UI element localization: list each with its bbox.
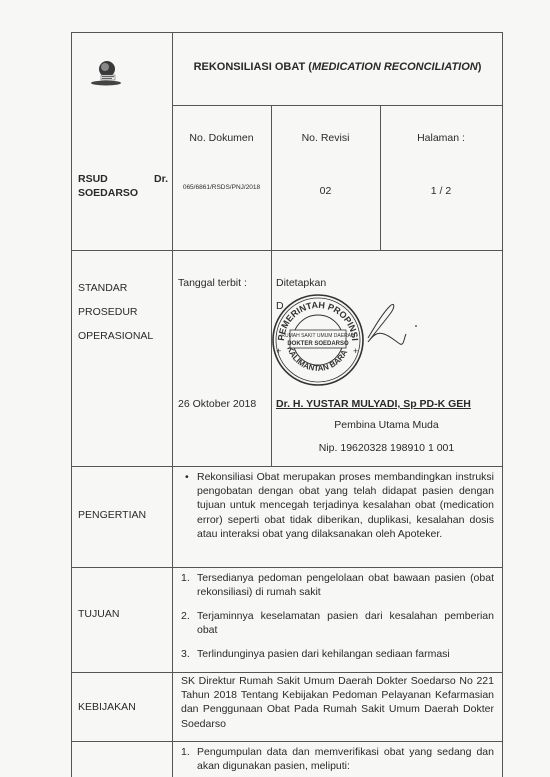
document-page: REKONSILIASI OBAT (MEDICATION RECONCILIA…	[0, 0, 550, 777]
doc-number-label: No. Dokumen	[172, 131, 271, 145]
table-border-top	[71, 32, 503, 33]
signer-name: Dr. H. YUSTAR MULYADI, Sp PD-K GEH	[276, 397, 471, 411]
pengertian-label: PENGERTIAN	[78, 508, 146, 522]
approved-label: Ditetapkan	[276, 276, 326, 290]
row-divider-pengertian	[71, 567, 503, 568]
svg-text:RUMAH SAKIT UMUM DAERAH: RUMAH SAKIT UMUM DAERAH	[281, 333, 355, 339]
revision-label: No. Revisi	[271, 131, 380, 145]
tujuan-label: TUJUAN	[78, 607, 119, 621]
signer-nip: Nip. 19620328 198910 1 001	[271, 441, 502, 455]
signature-icon	[360, 300, 420, 350]
doc-number-value: 065/6861/RSDS/PNJ/2018	[172, 184, 271, 193]
pengertian-item: • Rekonsiliasi Obat merupakan proses mem…	[183, 470, 494, 565]
col-divider-3	[380, 105, 381, 250]
page-label: Halaman :	[380, 131, 502, 145]
svg-text:+: +	[276, 346, 281, 356]
row-divider-title	[172, 105, 503, 106]
official-stamp-icon: PEMERINTAH PROPINSI KALIMANTAN BARAT RUM…	[270, 292, 366, 388]
tujuan-item-1: 1. Tersedianya pedoman pengelolaan obat …	[181, 571, 494, 601]
tujuan-item-3: 3. Terlindunginya pasien dari kehilangan…	[181, 647, 494, 663]
row-divider-kebijakan	[71, 741, 503, 742]
row-divider-header	[71, 250, 503, 251]
tujuan-item-2: 2. Terjaminnya keselamatan pasien dari k…	[181, 609, 494, 639]
sop-label: STANDAR PROSEDUR OPERASIONAL	[78, 276, 153, 348]
svg-text:+: +	[353, 346, 358, 356]
bullet-icon: •	[185, 470, 189, 484]
institution-name: RSUD Dr. SOEDARSO	[78, 172, 168, 200]
row-divider-sop	[71, 466, 503, 467]
row-divider-tujuan	[71, 672, 503, 673]
signer-rank: Pembina Utama Muda	[271, 418, 502, 432]
table-border-right	[502, 32, 503, 777]
col-divider-2	[271, 105, 272, 466]
revision-value: 02	[271, 184, 380, 198]
kebijakan-text: SK Direktur Rumah Sakit Umum Daerah Dokt…	[181, 674, 494, 731]
prosedur-item-1: 1. Pengumpulan data dan memverifikasi ob…	[181, 745, 494, 775]
svg-text:DOKTER SOEDARSO: DOKTER SOEDARSO	[287, 341, 349, 347]
issued-date: 26 Oktober 2018	[178, 397, 256, 411]
kebijakan-label: KEBIJAKAN	[78, 700, 136, 714]
issued-label: Tanggal terbit :	[178, 276, 247, 290]
page-value: 1 / 2	[380, 184, 502, 198]
document-title: REKONSILIASI OBAT (MEDICATION RECONCILIA…	[172, 60, 503, 75]
table-border-left	[71, 32, 72, 777]
hospital-logo-icon	[89, 57, 123, 87]
